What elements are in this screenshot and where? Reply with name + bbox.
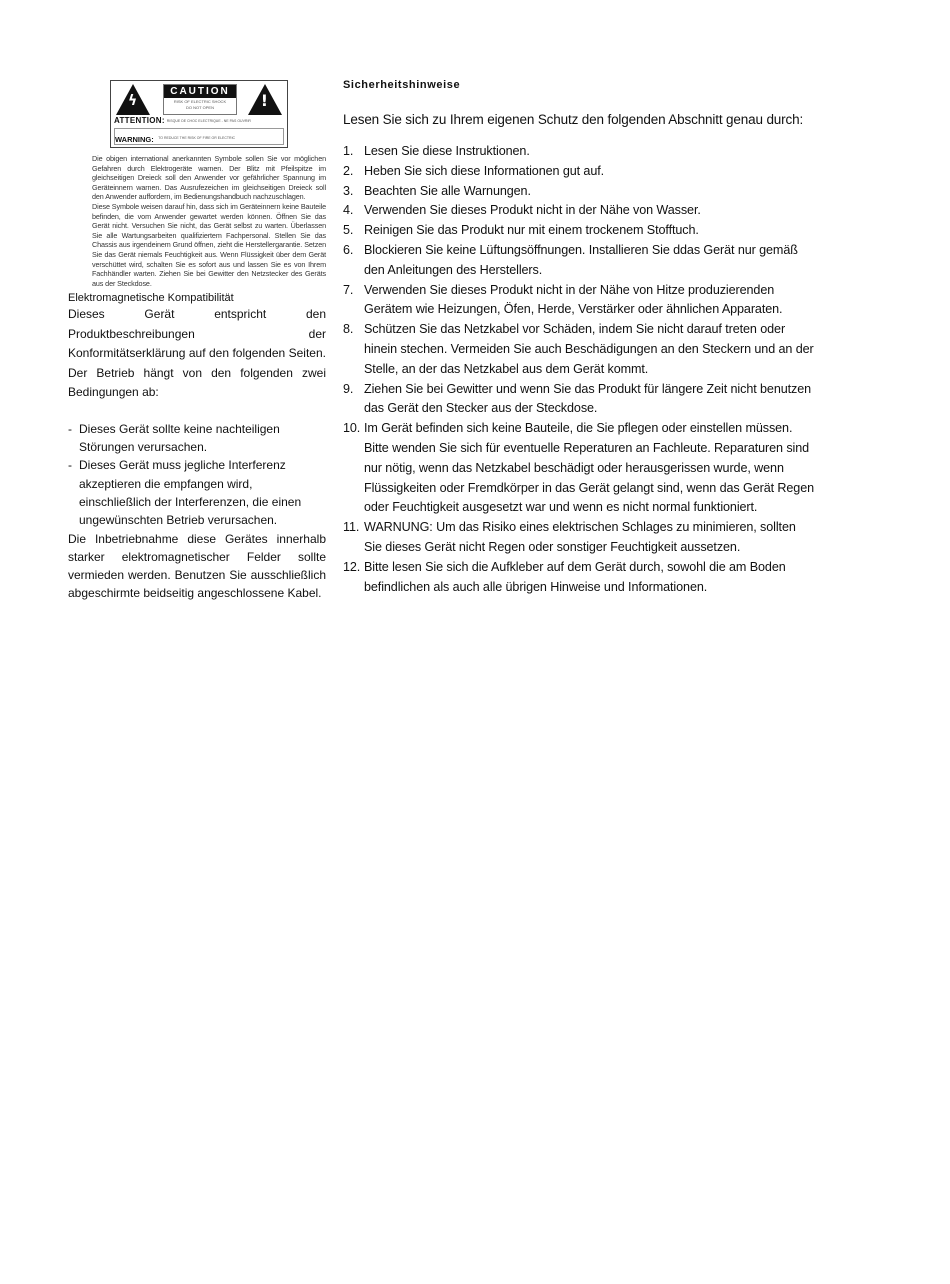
item-number: 1. — [343, 142, 353, 162]
attention-row: ATTENTION: RISQUE DE CHOC ELECTRIQUE - N… — [114, 117, 284, 126]
item-number: 6. — [343, 241, 353, 261]
safety-intro: Lesen Sie sich zu Ihrem eigenen Schutz d… — [343, 111, 815, 129]
lightning-bolt-icon: ϟ — [128, 93, 137, 109]
item-text: WARNUNG: Um das Risiko eines elektrische… — [364, 520, 796, 554]
list-item: 2.Heben Sie sich diese Informationen gut… — [343, 162, 815, 182]
item-text: Verwenden Sie dieses Produkt nicht in de… — [364, 283, 782, 317]
list-item: 1.Lesen Sie diese Instruktionen. — [343, 142, 815, 162]
bullet-dash: - — [68, 420, 72, 438]
list-item: 9.Ziehen Sie bei Gewitter und wenn Sie d… — [343, 380, 815, 420]
item-number: 5. — [343, 221, 353, 241]
condition-text: Dieses Gerät sollte keine nachteiligen S… — [79, 422, 280, 454]
item-text: Beachten Sie alle Warnungen. — [364, 184, 531, 198]
condition-text: Dieses Gerät muss jegliche Interferenz a… — [79, 458, 301, 527]
item-text: Lesen Sie diese Instruktionen. — [364, 144, 530, 158]
safety-heading: Sicherheitshinweise — [343, 78, 815, 92]
list-item: 6.Blockieren Sie keine Lüftungsöffnungen… — [343, 241, 815, 281]
caution-sub-line1: RISK OF ELECTRIC SHOCK — [164, 99, 236, 104]
document-page: ϟ CAUTION RISK OF ELECTRIC SHOCK DO NOT … — [0, 0, 950, 1284]
symbol-paragraph-2: Diese Symbole weisen darauf hin, dass si… — [92, 202, 326, 288]
list-item: 10.Im Gerät befinden sich keine Bauteile… — [343, 419, 815, 518]
item-text: Reinigen Sie das Produkt nur mit einem t… — [364, 223, 699, 237]
list-item: 4.Verwenden Sie dieses Produkt nicht in … — [343, 201, 815, 221]
caution-label: ϟ CAUTION RISK OF ELECTRIC SHOCK DO NOT … — [110, 80, 288, 148]
item-number: 7. — [343, 281, 353, 301]
item-number: 3. — [343, 182, 353, 202]
item-text: Schützen Sie das Netzkabel vor Schäden, … — [364, 322, 814, 376]
caution-sub-line2: DO NOT OPEN — [164, 105, 236, 110]
item-number: 9. — [343, 380, 353, 400]
right-column: Sicherheitshinweise Lesen Sie sich zu Ih… — [343, 78, 815, 597]
emv-heading: Elektromagnetische Kompatibilität — [68, 291, 326, 305]
list-item: 12.Bitte lesen Sie sich die Aufkleber au… — [343, 558, 815, 598]
list-item: 8.Schützen Sie das Netzkabel vor Schäden… — [343, 320, 815, 379]
attention-small-text: RISQUE DE CHOC ELECTRIQUE - NE PAS OUVRI… — [167, 119, 251, 123]
emv-closing-text: Die Inbetriebnahme diese Gerätes innerha… — [68, 530, 326, 603]
safety-instructions-list: 1.Lesen Sie diese Instruktionen. 2.Heben… — [343, 142, 815, 597]
bullet-dash: - — [68, 456, 72, 474]
caution-title: CAUTION — [164, 85, 236, 98]
exclamation-icon: ! — [261, 93, 268, 109]
item-number: 11. — [343, 518, 359, 538]
safety-heading-rest: heitshinweise — [380, 79, 460, 91]
left-column: ϟ CAUTION RISK OF ELECTRIC SHOCK DO NOT … — [68, 80, 326, 603]
item-number: 8. — [343, 320, 353, 340]
item-number: 10. — [343, 419, 360, 439]
emv-conditions-list: - Dieses Gerät sollte keine nachteiligen… — [68, 420, 326, 530]
list-item: - Dieses Gerät sollte keine nachteiligen… — [68, 420, 326, 457]
symbol-paragraph-1: Die obigen international anerkannten Sym… — [92, 154, 326, 202]
item-text: Blockieren Sie keine Lüftungsöffnungen. … — [364, 243, 798, 277]
item-text: Verwenden Sie dieses Produkt nicht in de… — [364, 203, 701, 217]
warning-box: WARNING: TO REDUCE THE RISK OF FIRE OR E… — [114, 128, 284, 145]
emv-text: Dieses Gerät entspricht den Produktbesch… — [68, 305, 326, 403]
warning-small-line1: TO REDUCE THE RISK OF FIRE OR ELECTRIC — [158, 136, 235, 140]
list-item: 5.Reinigen Sie das Produkt nur mit einem… — [343, 221, 815, 241]
item-text: Im Gerät befinden sich keine Bauteile, d… — [364, 421, 814, 514]
item-text: Ziehen Sie bei Gewitter und wenn Sie das… — [364, 382, 811, 416]
list-item: 11.WARNUNG: Um das Risiko eines elektris… — [343, 518, 815, 558]
item-number: 2. — [343, 162, 353, 182]
attention-label: ATTENTION: — [114, 117, 165, 125]
item-text: Bitte lesen Sie sich die Aufkleber auf d… — [364, 560, 786, 594]
item-number: 4. — [343, 201, 353, 221]
item-number: 12. — [343, 558, 360, 578]
warning-label: WARNING: — [115, 136, 154, 144]
item-text: Heben Sie sich diese Informationen gut a… — [364, 164, 604, 178]
list-item: - Dieses Gerät muss jegliche Interferenz… — [68, 456, 326, 529]
caution-box: CAUTION RISK OF ELECTRIC SHOCK DO NOT OP… — [163, 84, 237, 115]
symbol-explanation: Die obigen international anerkannten Sym… — [92, 154, 326, 288]
list-item: 7.Verwenden Sie dieses Produkt nicht in … — [343, 281, 815, 321]
safety-heading-bold: Sicher — [343, 79, 380, 91]
list-item: 3.Beachten Sie alle Warnungen. — [343, 182, 815, 202]
